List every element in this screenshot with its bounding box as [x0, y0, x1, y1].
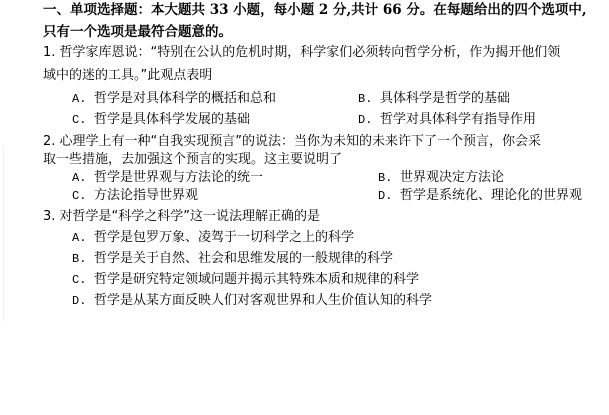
- option-letter: C.: [72, 188, 94, 204]
- option-text: 哲学是包罗万象、凌驾于一切科学之上的科学: [94, 230, 354, 245]
- question-3-option-a: A.哲学是包罗万象、凌驾于一切科学之上的科学: [72, 230, 354, 246]
- question-2-option-c: C.方法论指导世界观: [72, 188, 198, 204]
- question-3-option-b: B.哲学是关于自然、社会和思维发展的一般规律的科学: [72, 251, 393, 267]
- option-text: 哲学是系统化、理论化的世界观: [400, 188, 582, 203]
- question-3-option-c: C.哲学是研究特定领域问题并揭示其特殊本质和规律的科学: [72, 272, 419, 288]
- option-text: 哲学是具体科学发展的基础: [94, 112, 250, 127]
- option-text: 方法论指导世界观: [94, 188, 198, 203]
- option-letter: A.: [72, 170, 94, 186]
- option-text: 世界观决定方法论: [400, 170, 504, 185]
- question-2-option-d: D.哲学是系统化、理论化的世界观: [378, 188, 582, 204]
- question-2-option-b: B.世界观决定方法论: [378, 170, 504, 186]
- option-text: 哲学是世界观与方法论的统一: [94, 170, 263, 185]
- option-letter: A.: [72, 230, 94, 246]
- question-2-option-a: A.哲学是世界观与方法论的统一: [72, 170, 263, 186]
- option-text: 哲学是研究特定领域问题并揭示其特殊本质和规律的科学: [94, 272, 419, 287]
- option-text: 哲学是对具体科学的概括和总和: [94, 91, 276, 106]
- option-letter: D.: [72, 293, 94, 309]
- option-letter: D.: [378, 188, 400, 204]
- option-letter: C.: [72, 272, 94, 288]
- option-text: 哲学对具体科学有指导作用: [380, 112, 536, 127]
- question-2-stem-line2: 取一些措施，去加强这个预言的实现。这主要说明了: [43, 152, 342, 168]
- option-letter: B.: [72, 251, 94, 267]
- question-1-option-b: B.具体科学是哲学的基础: [358, 91, 510, 107]
- option-text: 哲学是关于自然、社会和思维发展的一般规律的科学: [94, 251, 393, 266]
- question-2-stem-line1: 2. 心理学上有一种“自我实现预言”的说法：当你为未知的未来许下了一个预言，你会…: [43, 134, 541, 150]
- option-letter: C.: [72, 112, 94, 128]
- question-3-stem: 3. 对哲学是“科学之科学”这一说法理解正确的是: [43, 209, 320, 225]
- question-1-stem-line2: 域中的迷的工具。”此观点表明: [43, 68, 212, 84]
- question-3-option-d: D.哲学是从某方面反映人们对客观世界和人生价值认知的科学: [72, 293, 432, 309]
- option-letter: B.: [358, 91, 380, 107]
- section-header-line1: 一、单项选择题：本大题共 33 小题，每小题 2 分,共计 66 分。在每题给出…: [43, 2, 587, 18]
- option-text: 哲学是从某方面反映人们对客观世界和人生价值认知的科学: [94, 293, 432, 308]
- option-letter: D.: [358, 112, 380, 128]
- question-1-option-c: C.哲学是具体科学发展的基础: [72, 112, 250, 128]
- question-1-option-d: D.哲学对具体科学有指导作用: [358, 112, 536, 128]
- margin-rule: [3, 146, 4, 321]
- question-1-stem-line1: 1. 哲学家库恩说：“特别在公认的危机时期，科学家们必须转向哲学分析，作为揭开他…: [43, 45, 560, 61]
- question-1-option-a: A.哲学是对具体科学的概括和总和: [72, 91, 276, 107]
- option-letter: B.: [378, 170, 400, 186]
- option-text: 具体科学是哲学的基础: [380, 91, 510, 106]
- section-header-line2: 只有一个选项是最符合题意的。: [43, 24, 232, 40]
- option-letter: A.: [72, 91, 94, 107]
